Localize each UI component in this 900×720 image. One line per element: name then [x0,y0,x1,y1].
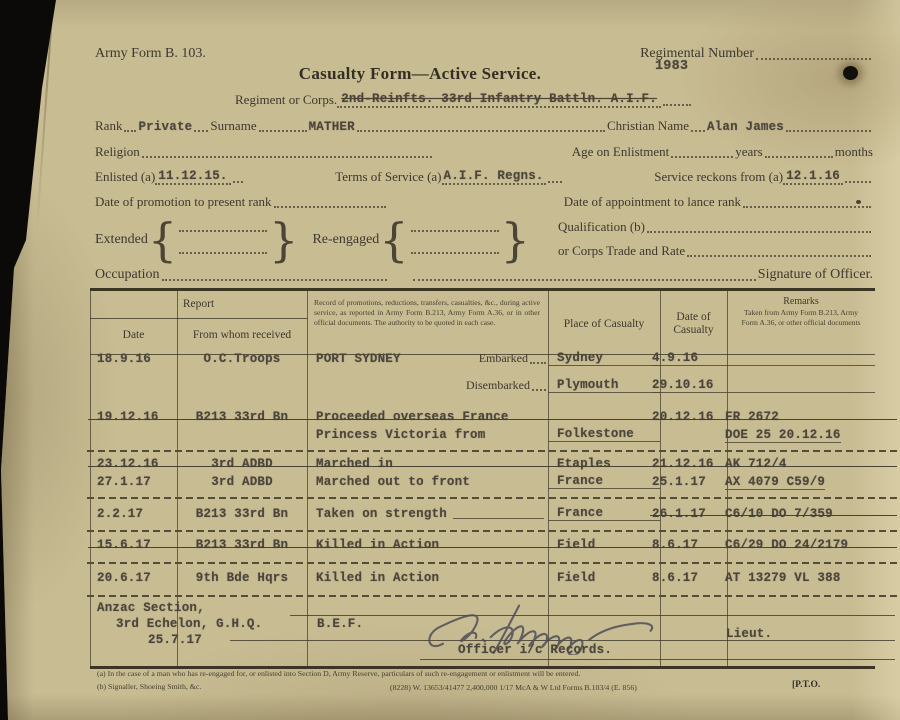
dotted-rule [411,248,499,254]
place-cell: Folkestone [548,427,660,442]
form-header-line: Army Form B. 103. Regimental Number [95,46,873,62]
report-from: B213 33rd Bn [177,538,307,552]
closing-date: 25.7.17 [148,633,202,647]
rank-label: Rank [95,118,122,134]
report-date: 15.6.17 [90,538,177,552]
dotted-rule [765,152,833,158]
footnote-a: (a) In the case of a man who has re-enga… [97,669,805,678]
punch-hole [843,66,858,80]
table-row: 2.2.17 B213 33rd Bn Taken on strength Fr… [90,506,875,521]
christian-name-label: Christian Name [607,118,689,134]
dotted-rule [411,226,499,232]
dotted-rule [179,226,267,232]
place-of-casualty-header: Place of Casualty [548,318,660,330]
report-date: 2.2.17 [90,507,177,521]
dotted-rule [786,126,871,132]
ship-name: PORT SYDNEY [316,352,401,366]
extended-label: Extended [95,232,148,248]
dotted-rule [663,100,691,106]
close-brace: } [501,218,530,262]
place-cell: France [548,474,660,489]
record-entry: Killed in Action [316,571,439,585]
terms-of-service-value: A.I.F. Regns. [442,169,546,185]
casualty-date: 8.6.17 [652,538,719,552]
signature-of-officer-label: Signature of Officer. [758,267,873,283]
surname-value: MATHER [309,120,355,134]
report-date: 19.12.16 [90,410,177,424]
enlisted-line: Enlisted (a) 11.12.15. Terms of Service … [95,169,873,185]
enlisted-value: 11.12.15. [155,169,230,185]
footnote-b: (b) Signaller, Shoeing Smith, &c. [97,682,201,691]
promotion-label: Date of promotion to present rank [95,194,272,210]
dotted-rule [357,126,605,132]
remarks-cell-empty [719,365,875,366]
strikethrough-line [88,419,897,420]
remarks-cell: AT 13279 VL 388 [719,571,875,585]
scanned-casualty-form: { "form": { "form_no": "Army Form B. 103… [0,0,900,720]
dotted-rule [687,251,871,257]
form-paper: Army Form B. 103. Regimental Number 1983… [0,0,900,720]
table-row-struck: 23.12.16 3rd ADBD Marched in Etaples 21.… [90,457,875,471]
date-of-casualty-header-1: Date of [660,311,727,323]
form-number: Army Form B. 103. [95,46,206,62]
dashed-row-separator [87,450,898,452]
dotted-rule [274,202,386,208]
report-from: 3rd ADBD [177,475,307,489]
dotted-rule [142,152,432,158]
place-cell: Field [548,538,660,552]
report-from: 3rd ADBD [177,457,307,471]
record-column-note: Record of promotions, reductions, transf… [314,298,540,328]
record-entry: Princess Victoria from [316,428,485,442]
dotted-rule [845,177,871,183]
religion-label: Religion [95,144,140,160]
echelon-line: 3rd Echelon, G.H.Q. [116,617,262,631]
remarks-cell: C6/10 DO 7/359 [719,507,875,521]
occupation-label: Occupation [95,267,160,283]
casualty-date: 26.1.17 [652,507,719,521]
dotted-rule [671,152,733,158]
remarks-cell: AK 712/4 [719,457,875,471]
embarked-label: Embarked [479,351,528,366]
dotted-rule [179,248,267,254]
religion-line: Religion Age on Enlistment years months [95,144,873,160]
dotted-rule [124,126,136,132]
report-date: 23.12.16 [90,457,177,471]
regiment-line: Regiment or Corps. 2nd-Reinfts. 33rd Inf… [235,92,785,108]
dotted-rule [530,358,546,364]
close-brace: } [269,218,298,262]
trailing-rule [453,518,544,519]
promotion-line: Date of promotion to present rank Date o… [95,194,873,210]
casualty-date: 25.1.17 [652,475,719,489]
open-brace: { [148,218,177,262]
table-row-struck: 15.6.17 B213 33rd Bn Killed in Action Fi… [90,538,875,552]
report-date: 18.9.16 [90,352,177,366]
place-cell: Field [548,571,660,585]
date-header: Date [90,329,177,341]
age-on-enlistment-label: Age on Enlistment [572,144,670,160]
embark-place: Sydney [548,351,660,366]
remarks-header: Remarks [727,296,875,307]
years-label: years [735,144,762,160]
dashed-row-separator [87,497,898,499]
record-entry: Taken on strength [316,507,447,521]
service-reckons-value: 12.1.16 [783,169,843,185]
dotted-rule [162,275,387,281]
place-cell: France [548,506,660,521]
dotted-rule [691,126,705,132]
open-brace: { [379,218,408,262]
signer-rank: Lieut. [726,627,772,641]
casualty-table: Report Date From whom received Record of… [90,288,875,669]
report-from: O.C.Troops [177,352,307,366]
regiment-label: Regiment or Corps. [235,92,337,108]
date-of-casualty-header-2: Casualty [660,324,727,336]
remarks-cell: AX 4079 C59/9 [725,475,825,490]
extended-fill [179,218,267,262]
casualty-date: 20.12.16 [652,410,719,424]
report-from: B213 33rd Bn [177,507,307,521]
paper-crease [36,0,54,234]
remarks-cell: FR 2672 [719,410,875,424]
remarks-column-note: Taken from Army Form B.213, Army Form A.… [735,308,867,328]
place-cell: Etaples [548,457,660,471]
report-from: B213 33rd Bn [177,410,307,424]
strikethrough-line [88,466,897,467]
remarks-cell: DOE 25 20.12.16 [725,428,841,443]
printer-imprint: (8228) W. 13653/41477 2,400,000 1/17 McA… [390,683,637,692]
service-reckons-label: Service reckons from (a) [654,169,783,185]
rank-value: Private [138,120,192,134]
table-row: 18.9.16 O.C.Troops PORT SYDNEY Embarked … [90,351,875,366]
table-row-struck: 19.12.16 B213 33rd Bn Proceeded overseas… [90,410,875,424]
disembark-place: Plymouth [548,378,660,393]
dotted-rule [259,126,307,132]
report-date: 27.1.17 [90,475,177,489]
reengaged-label: Re-engaged [312,232,379,248]
corps-trade-line: or Corps Trade and Rate [558,243,873,259]
strikethrough-line [88,547,897,548]
disembark-date: 29.10.16 [652,378,719,393]
dotted-rule [743,202,871,208]
dashed-row-separator [87,562,898,564]
enlisted-label: Enlisted (a) [95,169,155,185]
dotted-rule [647,227,871,233]
corps-trade-label: or Corps Trade and Rate [558,243,685,259]
qualification-line: Qualification (b) [558,219,873,235]
table-row: Disembarked Plymouth 29.10.16 [90,378,875,393]
dotted-rule [532,385,546,391]
from-whom-header: From whom received [177,329,307,341]
lance-rank-label: Date of appointment to lance rank [564,194,741,210]
dotted-rule [413,275,756,281]
record-entry: Killed in Action [316,538,439,552]
table-row: Princess Victoria from Folkestone DOE 25… [90,427,875,442]
qualification-label: Qualification (b) [558,219,645,235]
reengaged-fill [411,218,499,262]
remarks-cell-empty [719,392,875,393]
christian-name-value: Alan James [707,120,784,134]
anzac-section-line: Anzac Section, [97,601,205,615]
embark-date: 4.9.16 [652,351,719,366]
surname-label: Surname [210,118,256,134]
dashed-row-separator [87,530,898,532]
pto-label: [P.T.O. [792,680,820,690]
report-from: 9th Bde Hqrs [177,571,307,585]
dotted-rule [233,177,243,183]
strikethrough-line-partial [650,515,897,516]
remarks-cell: C6/29 DO 24/2179 [719,538,875,552]
form-title: Casualty Form—Active Service. [90,64,750,84]
casualty-date: 21.12.16 [652,457,719,471]
dotted-rule [548,177,562,183]
record-entry: Marched out to front [316,475,470,489]
extended-block: Extended { } Re-engaged { } [95,218,530,262]
table-row: 27.1.17 3rd ADBD Marched out to front Fr… [90,474,875,489]
regiment-value: 2nd-Reinfts. 33rd Infantry Battln. A.I.F… [337,92,661,108]
table-row: 20.6.17 9th Bde Hqrs Killed in Action Fi… [90,571,875,585]
record-entry: Proceeded overseas France [316,410,509,424]
bef-line: B.E.F. [317,617,363,631]
record-entry: Marched in [316,457,393,471]
dotted-rule [194,126,208,132]
paper-speck [856,200,861,204]
occupation-line: Occupation Signature of Officer. [95,267,873,283]
disembarked-label: Disembarked [466,378,530,393]
signer-title: Officer i/c Records. [458,643,612,657]
dotted-rule [756,54,871,60]
terms-of-service-label: Terms of Service (a) [335,169,441,185]
report-date: 20.6.17 [90,571,177,585]
rank-line: Rank Private Surname MATHER Christian Na… [95,118,873,134]
report-header: Report [90,298,307,310]
report-divider [90,318,307,319]
months-label: months [835,144,873,160]
